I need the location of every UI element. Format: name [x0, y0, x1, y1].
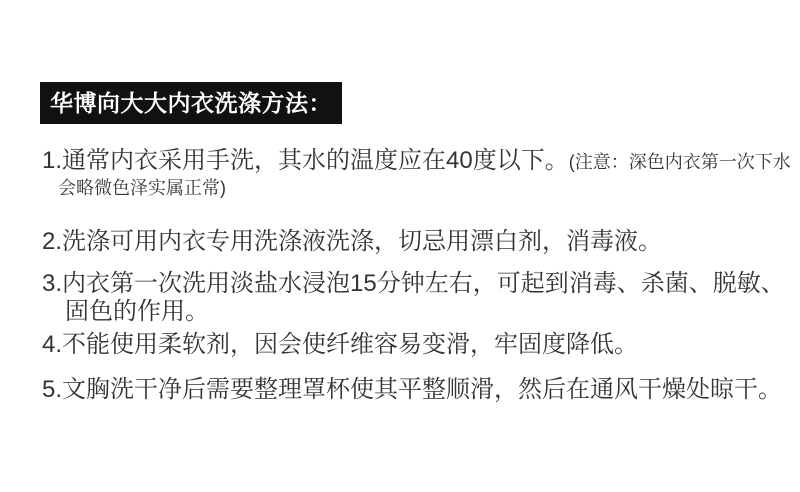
- item-text: 内衣第一次洗用淡盐水浸泡15分钟左右，可起到消毒、杀菌、脱敏、: [62, 270, 785, 297]
- instruction-3-line-1: 3.内衣第一次洗用淡盐水浸泡15分钟左右，可起到消毒、杀菌、脱敏、: [42, 271, 785, 297]
- instruction-3-line-2: 固色的作用。: [65, 299, 209, 325]
- title-banner: 华博向大大内衣洗涤方法：: [40, 82, 342, 124]
- item-number: 1.: [42, 147, 62, 174]
- instruction-2: 2.洗涤可用内衣专用洗涤液洗涤，切忌用漂白剂，消毒液。: [42, 229, 662, 255]
- instruction-1-line-2: 会略微色泽实属正常): [58, 178, 226, 198]
- item-text-continued: 固色的作用。: [65, 298, 209, 325]
- item-text: 不能使用柔软剂，因会使纤维容易变滑，牢固度降低。: [62, 331, 638, 358]
- item-number: 2.: [42, 228, 62, 255]
- item-note: (注意：深色内衣第一次下水: [569, 152, 791, 172]
- item-number: 4.: [42, 331, 62, 358]
- page-title: 华博向大大内衣洗涤方法：: [50, 90, 332, 116]
- instruction-1-line-1: 1.通常内衣采用手洗，其水的温度应在40度以下。(注意：深色内衣第一次下水: [42, 148, 791, 175]
- item-note-continued: 会略微色泽实属正常): [58, 178, 226, 198]
- washing-instructions-page: 华博向大大内衣洗涤方法： 1.通常内衣采用手洗，其水的温度应在40度以下。(注意…: [0, 0, 800, 492]
- item-text: 通常内衣采用手洗，其水的温度应在40度以下。: [62, 147, 569, 174]
- item-text: 文胸洗干净后需要整理罩杯使其平整顺滑，然后在通风干燥处晾干。: [62, 376, 782, 403]
- instruction-5: 5.文胸洗干净后需要整理罩杯使其平整顺滑，然后在通风干燥处晾干。: [42, 377, 782, 403]
- item-text: 洗涤可用内衣专用洗涤液洗涤，切忌用漂白剂，消毒液。: [62, 228, 662, 255]
- item-number: 5.: [42, 376, 62, 403]
- instruction-4: 4.不能使用柔软剂，因会使纤维容易变滑，牢固度降低。: [42, 332, 638, 358]
- item-number: 3.: [42, 270, 62, 297]
